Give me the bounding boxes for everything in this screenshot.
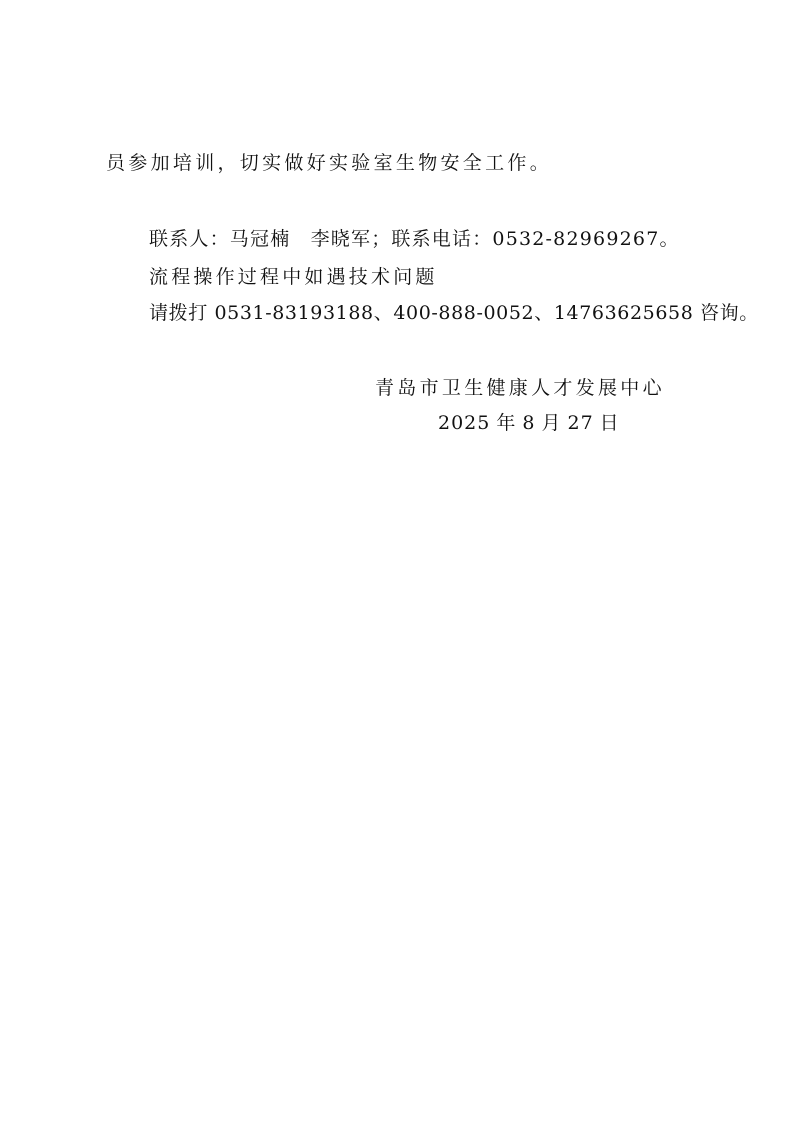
date-year-unit: 年: [496, 412, 516, 434]
signature-date: 2025年8月27日: [438, 411, 620, 435]
date-day-unit: 日: [600, 412, 620, 434]
contact-info: 联系人：马冠楠 李晓军；联系电话：0532-82969267。: [149, 227, 680, 251]
document-page: 员参加培训，切实做好实验室生物安全工作。 联系人：马冠楠 李晓军；联系电话：05…: [0, 0, 794, 1123]
date-month-unit: 月: [541, 412, 561, 434]
date-day: 27: [567, 412, 593, 434]
signature-organization: 青岛市卫生健康人才发展中心: [375, 376, 665, 400]
date-year: 2025: [438, 412, 490, 434]
paragraph-text: 员参加培训，切实做好实验室生物安全工作。: [106, 151, 552, 175]
tech-support-phones: 请拨打 0531-83193188、400-888-0052、147636256…: [149, 301, 759, 325]
date-month: 8: [522, 412, 535, 434]
tech-support-note: 流程操作过程中如遇技术问题: [149, 265, 438, 289]
